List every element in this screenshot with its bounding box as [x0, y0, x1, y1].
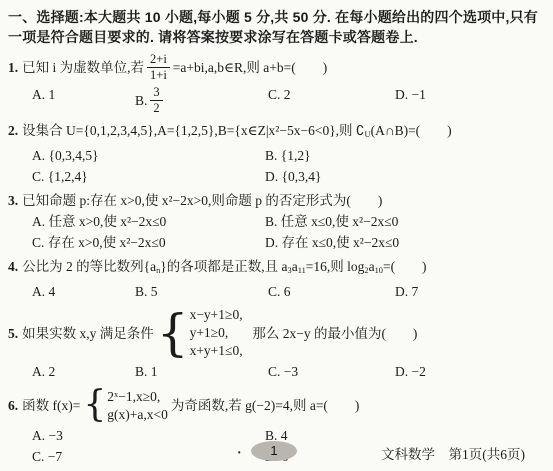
- footer-label: 文科数学 第1页(共6页): [381, 443, 525, 463]
- question-5-text-pre: 如果实数 x,y 满足条件: [22, 324, 154, 343]
- option-a: A. 2: [32, 362, 135, 381]
- question-3-text: 已知命题 p:存在 x>0,使 x²−2x>0,则命题 p 的否定形式为( ): [22, 193, 382, 208]
- piecewise-function: { 2x−1,x≥0, g(x)+a,x<0: [83, 386, 168, 424]
- option-a: A. {0,3,4,5}: [32, 146, 265, 165]
- page-number-badge: 1: [251, 441, 297, 461]
- question-6-stem: 6. 函数 f(x)= { 2x−1,x≥0, g(x)+a,x<0 为奇函数,…: [8, 386, 543, 424]
- question-4-stem: 4.公比为 2 的等比数列{an}的各项都是正数,且 a3a11=16,则 lo…: [8, 257, 543, 280]
- option-d: D. −2: [395, 362, 543, 381]
- option-d: D. {0,3,4}: [265, 167, 543, 186]
- question-2-text-post: (A∩B)=( ): [371, 123, 452, 138]
- fraction: 3 2: [150, 85, 162, 116]
- option-a: A. 4: [32, 282, 135, 301]
- question-2: 2.设集合 U={0,1,2,3,4,5},A={1,2,5},B={x∈Z|x…: [8, 121, 543, 186]
- option-d: D. 7: [395, 282, 543, 301]
- fraction: 2+i 1+i: [147, 52, 170, 83]
- question-1-options: A. 1 B. 3 2 C. 2 D. −1: [32, 85, 543, 116]
- option-d: D. −1: [395, 85, 543, 116]
- question-4-text: 公比为 2 的等比数列{a: [22, 259, 156, 274]
- fraction-numerator: 3: [150, 85, 162, 101]
- system-lines: x−y+1≥0, y+1≥0, x+y+1≤0,: [190, 306, 243, 360]
- question-2-stem: 2.设集合 U={0,1,2,3,4,5},A={1,2,5},B={x∈Z|x…: [8, 121, 543, 144]
- question-1: 1. 已知 i 为虚数单位,若 2+i 1+i =a+bi,a,b∈R,则 a+…: [8, 52, 543, 116]
- option-b: B. 3 2: [135, 85, 268, 116]
- section-header: 一、选择题:本大题共 10 小题,每小题 5 分,共 50 分. 在每小题给出的…: [8, 7, 543, 47]
- option-d: D. 存在 x≤0,使 x²−2x≤0: [265, 233, 543, 252]
- system-line-1: x−y+1≥0,: [190, 306, 243, 324]
- question-1-stem: 1. 已知 i 为虚数单位,若 2+i 1+i =a+bi,a,b∈R,则 a+…: [8, 52, 543, 83]
- question-2-options: A. {0,3,4,5} B. {1,2} C. {1,2,4} D. {0,3…: [32, 146, 543, 186]
- question-5-text-post: 那么 2x−y 的最小值为( ): [246, 324, 418, 343]
- option-a: A. 任意 x>0,使 x²−2x≤0: [32, 212, 265, 231]
- footer-dot: ·: [237, 445, 242, 461]
- question-3-stem: 3.已知命题 p:存在 x>0,使 x²−2x>0,则命题 p 的否定形式为( …: [8, 191, 543, 210]
- rest: −1,x≥0,: [118, 389, 160, 404]
- question-3-number: 3.: [8, 193, 18, 208]
- option-c: C. −3: [268, 362, 395, 381]
- question-2-text: 设集合 U={0,1,2,3,4,5},A={1,2,5},B={x∈Z|x²−…: [22, 123, 364, 138]
- left-brace: {: [83, 387, 106, 423]
- question-5-options: A. 2 B. 1 C. −3 D. −2: [32, 362, 543, 381]
- question-3-options: A. 任意 x>0,使 x²−2x≤0 B. 任意 x≤0,使 x²−2x≤0 …: [32, 212, 543, 252]
- system-line-2: y+1≥0,: [190, 324, 243, 342]
- fraction-denominator: 2: [150, 101, 162, 116]
- base: 2: [107, 389, 114, 404]
- subscript-11: 11: [298, 266, 306, 275]
- option-b: B. 5: [135, 282, 268, 301]
- question-2-number: 2.: [8, 123, 18, 138]
- option-b: B. 1: [135, 362, 268, 381]
- equation-system: { x−y+1≥0, y+1≥0, x+y+1≤0,: [157, 306, 243, 360]
- question-6-text-post: 为奇函数,若 g(−2)=4,则 a=( ): [171, 396, 360, 415]
- option-c: C. 存在 x>0,使 x²−2x≤0: [32, 233, 265, 252]
- subscript-10: 10: [375, 266, 383, 275]
- question-1-text-post: =a+bi,a,b∈R,则 a+b=( ): [173, 58, 327, 77]
- left-brace: {: [157, 308, 189, 358]
- option-c: C. 6: [268, 282, 395, 301]
- option-c: C. {1,2,4}: [32, 167, 265, 186]
- exam-page: 一、选择题:本大题共 10 小题,每小题 5 分,共 50 分. 在每小题给出的…: [0, 0, 553, 471]
- page-footer: · 1 文科数学 第1页(共6页): [0, 441, 553, 463]
- fraction-numerator: 2+i: [147, 52, 170, 68]
- question-4-text: =16,则 log: [306, 259, 365, 274]
- system-line-3: x+y+1≤0,: [190, 342, 243, 360]
- question-1-number: 1.: [8, 58, 18, 77]
- question-4-text: =( ): [383, 259, 427, 274]
- question-4-options: A. 4 B. 5 C. 6 D. 7: [32, 282, 543, 301]
- question-1-text-pre: 已知 i 为虚数单位,若: [22, 58, 144, 77]
- piecewise-line-1: 2x−1,x≥0,: [107, 386, 168, 406]
- option-b-label: B.: [135, 91, 147, 110]
- system-lines: 2x−1,x≥0, g(x)+a,x<0: [107, 386, 168, 424]
- question-4-number: 4.: [8, 259, 18, 274]
- question-5-stem: 5. 如果实数 x,y 满足条件 { x−y+1≥0, y+1≥0, x+y+1…: [8, 306, 543, 360]
- question-4: 4.公比为 2 的等比数列{an}的各项都是正数,且 a3a11=16,则 lo…: [8, 257, 543, 301]
- question-4-text: }的各项都是正数,且 a: [160, 259, 287, 274]
- fraction-denominator: 1+i: [147, 68, 170, 83]
- question-5: 5. 如果实数 x,y 满足条件 { x−y+1≥0, y+1≥0, x+y+1…: [8, 306, 543, 381]
- option-c: C. 2: [268, 85, 395, 116]
- option-b: B. {1,2}: [265, 146, 543, 165]
- question-3: 3.已知命题 p:存在 x>0,使 x²−2x>0,则命题 p 的否定形式为( …: [8, 191, 543, 252]
- piecewise-line-2: g(x)+a,x<0: [107, 406, 168, 424]
- option-a: A. 1: [32, 85, 135, 116]
- question-6-number: 6.: [8, 396, 18, 415]
- question-5-number: 5.: [8, 324, 18, 343]
- question-6-text-pre: 函数 f(x)=: [22, 396, 80, 415]
- option-b: B. 任意 x≤0,使 x²−2x≤0: [265, 212, 543, 231]
